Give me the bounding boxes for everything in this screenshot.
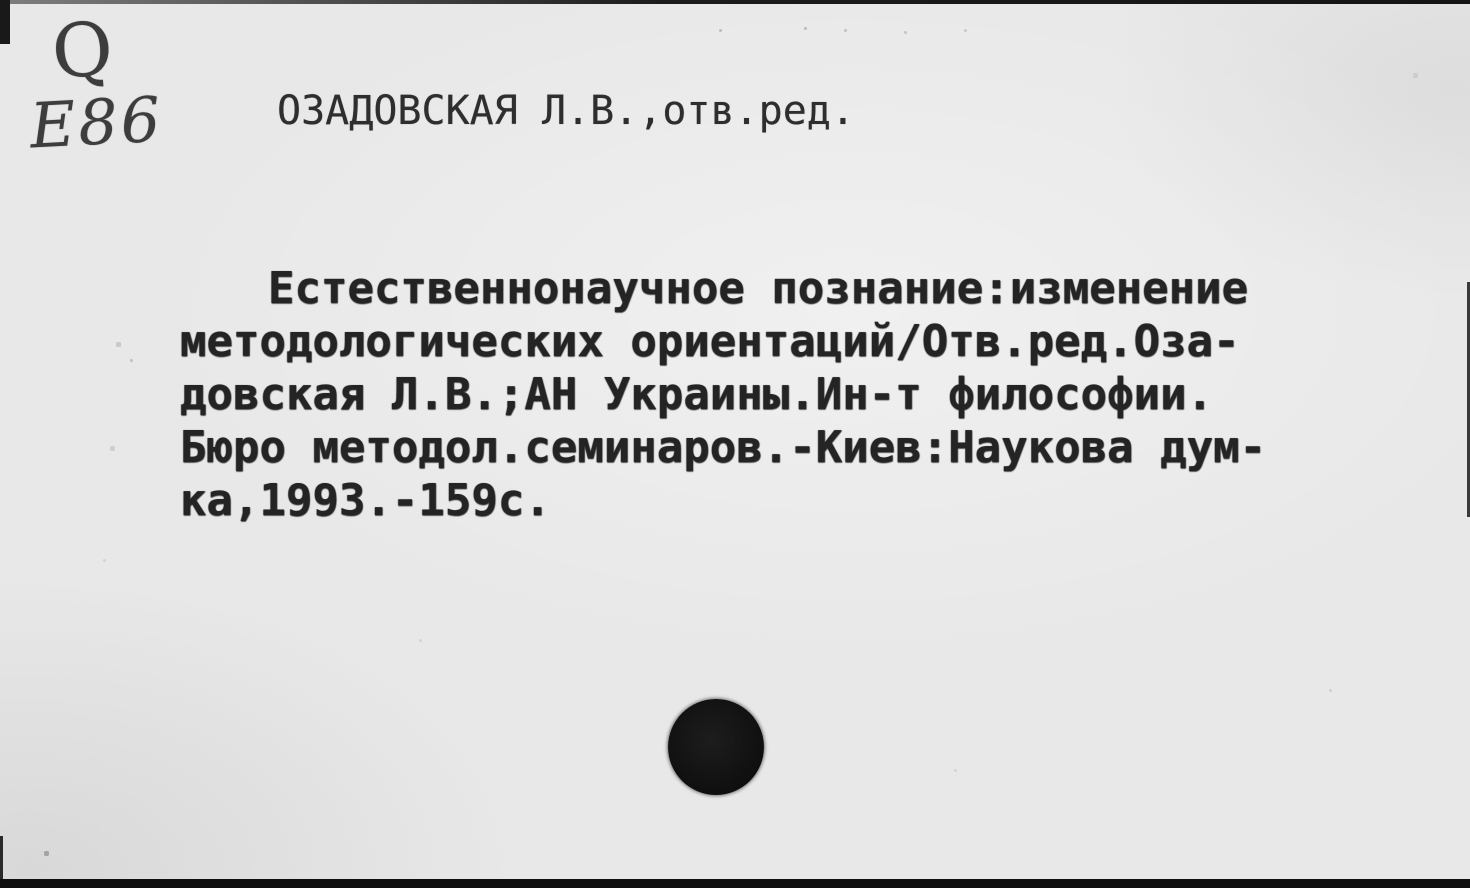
entry-line: довская Л.В.;АН Украины.Ин-т философии. (180, 368, 1266, 421)
scan-edge-top (0, 0, 1470, 4)
call-number-cutter: Е86 (28, 85, 165, 162)
entry-line: методологических ориентаций/Отв.ред.Оза- (180, 315, 1266, 368)
scan-edge-bottom (0, 879, 1470, 888)
call-number-class-letter: Q (49, 12, 115, 90)
bibliographic-entry: Естественнонаучное познание:изменение ме… (180, 262, 1266, 527)
entry-line: Естественнонаучное познание:изменение (180, 262, 1266, 315)
entry-line: Бюро методол.семинаров.-Киев:Наукова дум… (180, 421, 1266, 474)
author-heading: ОЗАДОВСКАЯ Л.В.,отв.ред. (277, 88, 855, 134)
scan-corner-top-left (0, 0, 10, 44)
hole-punch-dot-icon (668, 699, 764, 795)
entry-line: ка,1993.-159с. (180, 474, 1266, 527)
scan-noise-speckles (0, 0, 1, 1)
catalog-card-scan: Q Е86 ОЗАДОВСКАЯ Л.В.,отв.ред. Естествен… (0, 0, 1470, 888)
